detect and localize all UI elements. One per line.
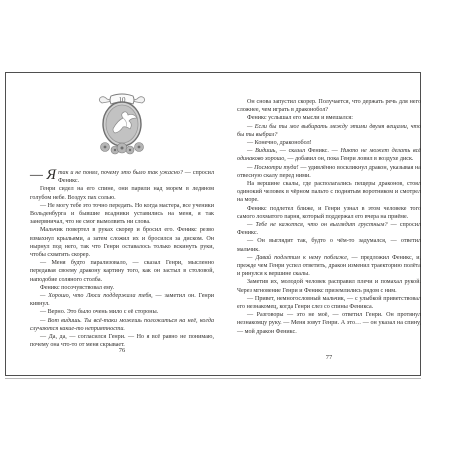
paragraph: — Разговоры — это не моё, — ответил Генр… xyxy=(237,311,421,336)
paragraph: — Если бы ты мог выбирать между этими дв… xyxy=(237,123,421,139)
text-segment: — Не могу тебе это точно передать. Но ко… xyxy=(30,203,214,225)
paragraph: Феникс подлетел ближе, и Генри узнал в э… xyxy=(237,205,421,221)
dragon-medallion-icon: 10 xyxy=(93,91,151,157)
paragraph: — Верно. Это было очень мило с её сторон… xyxy=(30,308,214,316)
text-segment: Генри сидел на его спине, они парили над… xyxy=(30,186,214,200)
text-segment: Он снова запустил скорер. Получается, чт… xyxy=(237,99,421,113)
text-segment: так и не понял, почему это было так ужас… xyxy=(58,170,185,176)
drop-cap: — Я xyxy=(30,169,56,182)
text-segment: — Меня будто парализовало, — сказал Генр… xyxy=(30,260,214,282)
paragraph: — Хорошо, что Люси поддержала тебя, — за… xyxy=(30,292,214,308)
page-number-right: 77 xyxy=(237,354,421,361)
text-segment: — Конечно, драконобол! xyxy=(247,140,312,146)
text-segment: — Тебе не кажется, что он выглядит груст… xyxy=(247,222,391,228)
book-spread: 10 xyxy=(5,72,421,376)
text-segment: — Он выглядит так, будто о чём-то задума… xyxy=(237,238,421,252)
right-page: Он снова запустил скорер. Получается, чт… xyxy=(237,98,421,336)
text-segment: — Посмотри туда! xyxy=(247,165,300,171)
text-segment: — добавил он, пока Генри ловил в воздухе… xyxy=(287,156,413,162)
paragraph: Мальчик повертел в руках скорер и бросил… xyxy=(30,226,214,259)
text-segment: — Видишь, xyxy=(247,148,280,154)
text-segment: — Если бы ты мог выбирать между этими дв… xyxy=(237,124,421,138)
text-segment: — Давай подлетим к нему поближе, xyxy=(247,255,352,261)
paragraph: Феникс посочувствовал ему. xyxy=(30,284,214,292)
text-segment: — Разговоры — это не моё, — ответил Генр… xyxy=(237,312,421,334)
text-segment: Заметив их, молодой человек расправил пл… xyxy=(237,279,421,293)
left-page: 10 xyxy=(30,91,214,349)
text-segment: Феникс посочувствовал ему. xyxy=(40,285,114,291)
paragraph: — Привет, немногословный мальчик, — с ул… xyxy=(237,295,421,311)
text-segment: На вершине скалы, где располагались пеще… xyxy=(237,181,421,203)
text-segment: — Верно. Это было очень мило с её сторон… xyxy=(40,309,158,315)
paragraph: Заметив их, молодой человек расправил пл… xyxy=(237,278,421,294)
text-segment: — Привет, немногословный мальчик, — с ул… xyxy=(237,296,421,310)
paragraph: — Тебе не кажется, что он выглядит груст… xyxy=(237,221,421,237)
page-number-left: 76 xyxy=(30,347,214,354)
text-segment: Мальчик повертел в руках скорер и бросил… xyxy=(30,227,214,258)
chapter-ornament: 10 xyxy=(30,91,214,162)
text-segment: — Вот видишь. Ты всё-таки можешь положит… xyxy=(30,318,214,332)
paragraph: На вершине скалы, где располагались пеще… xyxy=(237,180,421,205)
paragraph: — Конечно, драконобол! xyxy=(237,139,421,147)
paragraph: — Давай подлетим к нему поближе, — предл… xyxy=(237,254,421,279)
right-page-text: Он снова запустил скорер. Получается, чт… xyxy=(237,98,421,336)
text-segment: Феникс услышал его мысли и вмешался: xyxy=(247,115,353,121)
paragraph: — Видишь, — сказал Феникс. — Никто не мо… xyxy=(237,147,421,163)
paragraph: — Меня будто парализовало, — сказал Генр… xyxy=(30,259,214,284)
text-segment: Феникс подлетел ближе, и Генри узнал в э… xyxy=(237,206,421,220)
paragraph: Он снова запустил скорер. Получается, чт… xyxy=(237,98,421,114)
paragraph: — Он выглядит так, будто о чём-то задума… xyxy=(237,237,421,253)
left-page-text: — Ятак и не понял, почему это было так у… xyxy=(30,169,214,349)
paragraph: — Посмотри туда! — удивлённо воскликнул … xyxy=(237,164,421,180)
paragraph: — Не могу тебе это точно передать. Но ко… xyxy=(30,202,214,227)
paragraph: — Ятак и не понял, почему это было так у… xyxy=(30,169,214,185)
paragraph: — Вот видишь. Ты всё-таки можешь положит… xyxy=(30,317,214,333)
paragraph: Феникс услышал его мысли и вмешался: xyxy=(237,114,421,122)
page-edge-shadow xyxy=(5,378,421,379)
paragraph: Генри сидел на его спине, они парили над… xyxy=(30,185,214,201)
text-segment: — сказал Феникс. — xyxy=(280,148,341,154)
text-segment: — Хорошо, что Люси поддержала тебя, xyxy=(40,293,156,299)
